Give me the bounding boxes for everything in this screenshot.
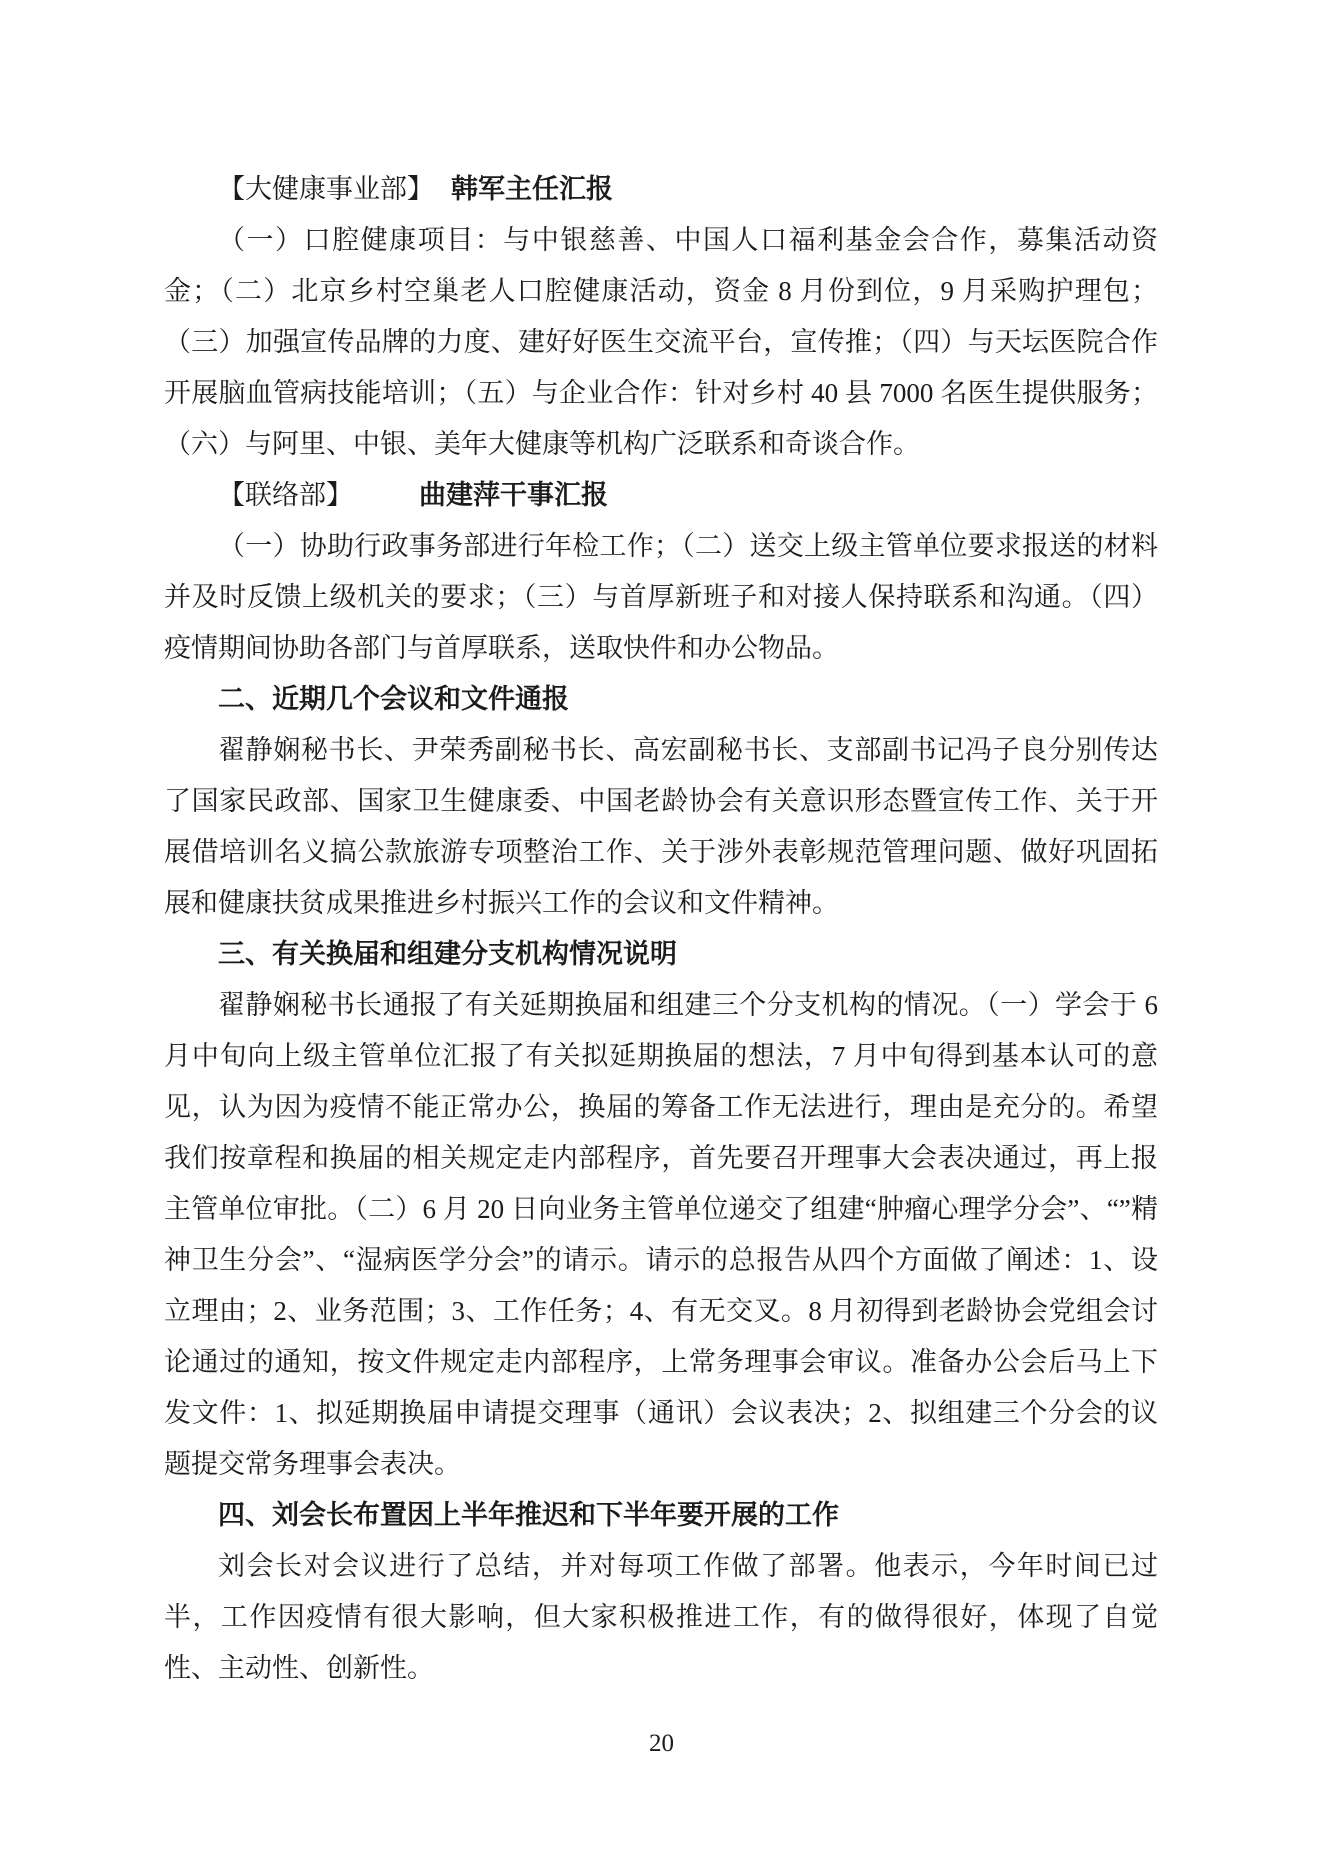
heading-dept-health-title: 韩军主任汇报 [451, 174, 613, 204]
page-number: 20 [0, 1727, 1323, 1761]
heading-dept-health-bracket: 【大健康事业部】 [218, 174, 434, 204]
paragraph-president-summary: 刘会长对会议进行了总结，并对每项工作做了部署。他表示，今年时间已过半，工作因疫情… [164, 1541, 1158, 1694]
paragraph-meetings-briefing: 翟静娴秘书长、尹荣秀副秘书长、高宏副秘书长、支部副书记冯子良分别传达了国家民政部… [164, 725, 1158, 929]
paragraph-health-report: （一）口腔健康项目：与中银慈善、中国人口福利基金会合作，募集活动资金；（二）北京… [164, 215, 1158, 470]
paragraph-reelection-explanation: 翟静娴秘书长通报了有关延期换届和组建三个分支机构的情况。（一）学会于 6 月中旬… [164, 980, 1158, 1490]
heading-dept-liaison-title: 曲建萍干事汇报 [419, 480, 608, 510]
heading-section-4: 四、刘会长布置因上半年推迟和下半年要开展的工作 [164, 1490, 1158, 1541]
heading-dept-liaison-bracket: 【联络部】 [218, 480, 353, 510]
heading-section-2: 二、近期几个会议和文件通报 [164, 674, 1158, 725]
document-content: 【大健康事业部】韩军主任汇报 （一）口腔健康项目：与中银慈善、中国人口福利基金会… [164, 164, 1158, 1694]
heading-dept-health: 【大健康事业部】韩军主任汇报 [164, 164, 1158, 215]
document-page: 【大健康事业部】韩军主任汇报 （一）口腔健康项目：与中银慈善、中国人口福利基金会… [0, 0, 1323, 1871]
paragraph-liaison-report: （一）协助行政事务部进行年检工作；（二）送交上级主管单位要求报送的材料并及时反馈… [164, 521, 1158, 674]
heading-dept-liaison: 【联络部】曲建萍干事汇报 [164, 470, 1158, 521]
heading-section-3: 三、有关换届和组建分支机构情况说明 [164, 929, 1158, 980]
